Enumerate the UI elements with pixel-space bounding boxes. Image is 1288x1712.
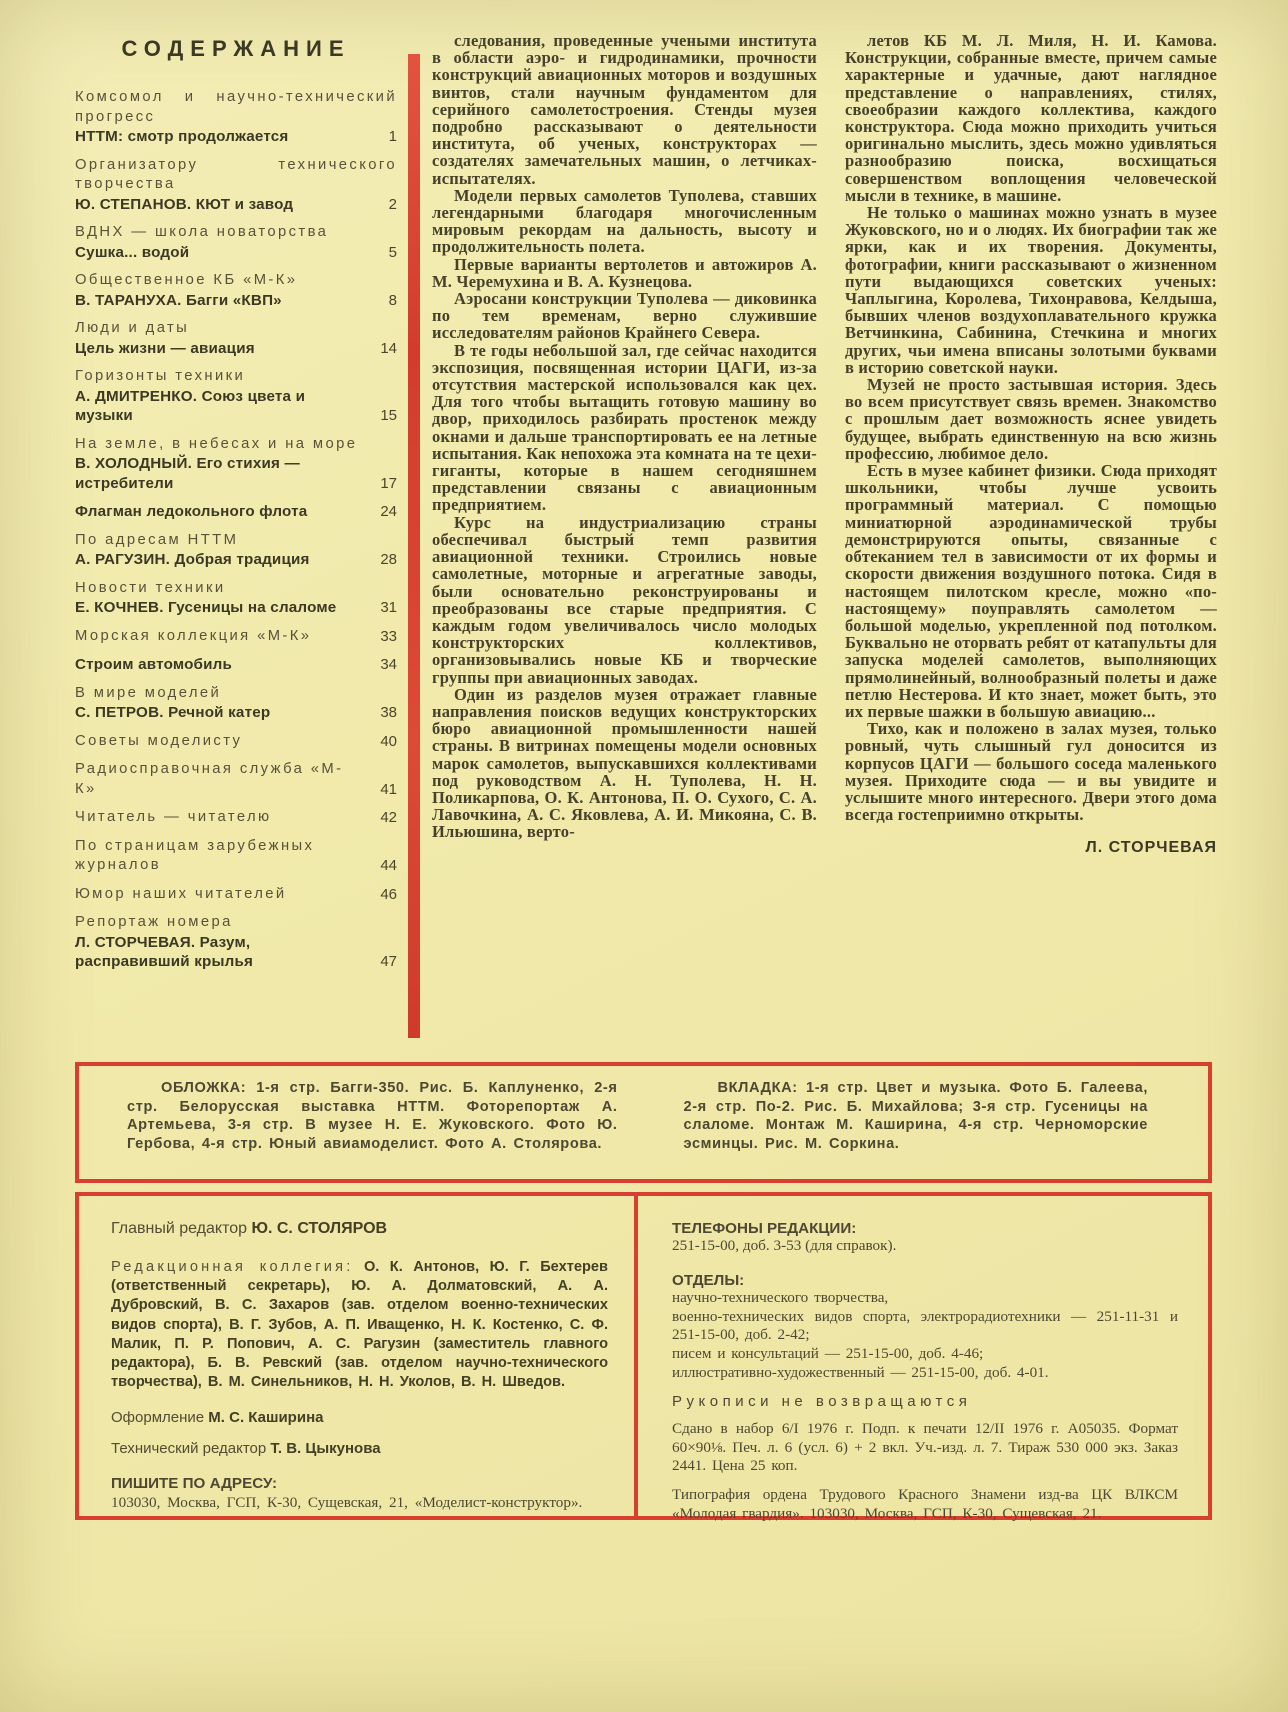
toc-item-title: В. ТАРАНУХА. Багги «КВП» [75,291,282,311]
toc-item-title: С. ПЕТРОВ. Речной катер [75,703,270,723]
toc-item-category: Организатору технического творчества [75,156,397,195]
toc-item: Флагман ледокольного флота 24 [75,502,397,522]
editorial-board: Редакционная коллегия: О. К. Антонов, Ю.… [111,1258,608,1392]
toc-item-line: Е. КОЧНЕВ. Гусеницы на слаломе 31 [75,598,397,618]
dot-leader [239,660,376,675]
editorial-left-cell: Главный редактор Ю. С. СТОЛЯРОВ Редакцио… [79,1196,638,1516]
toc-item-line: Читатель — читателю 42 [75,808,397,828]
design-credit-line: Оформление М. С. Каширина [111,1409,608,1426]
cover-label: ОБЛОЖКА: [161,1080,246,1096]
toc-item: Репортаж номера Л. СТОРЧЕВАЯ. Разум, рас… [75,913,397,972]
editorial-right-cell: ТЕЛЕФОНЫ РЕДАКЦИИ: 251-15-00, доб. 3-53 … [638,1196,1208,1516]
dot-leader [279,813,377,828]
write-address-heading: ПИШИТЕ ПО АДРЕСУ: [111,1475,608,1492]
toc-item: Люди и даты Цель жизни — авиация 14 [75,319,397,358]
phones-heading: ТЕЛЕФОНЫ РЕДАКЦИИ: [672,1220,1178,1237]
editorial-board-label: Редакционная коллегия: [111,1259,353,1275]
dot-leader [343,603,376,618]
editorial-box: Главный редактор Ю. С. СТОЛЯРОВ Редакцио… [75,1192,1212,1520]
toc-item: Радиосправочная служба «М-К» 41 [75,760,397,799]
chief-editor-name: Ю. С. СТОЛЯРОВ [251,1220,387,1237]
article-paragraph: летов КБ М. Л. Миля, Н. И. Камова. Конст… [845,32,1217,204]
tech-editor-name: Т. В. Цыкунова [270,1440,380,1457]
dot-leader [354,478,376,493]
tech-editor-line: Технический редактор Т. В. Цыкунова [111,1440,608,1457]
toc-item-line: Л. СТОРЧЕВАЯ. Разум, расправивший крылья… [75,933,397,972]
toc-item: Морская коллекция «М-К» 33 [75,627,397,647]
chief-editor-line: Главный редактор Ю. С. СТОЛЯРОВ [111,1220,608,1238]
print-info: Сдано в набор 6/I 1976 г. Подп. к печати… [672,1420,1178,1476]
tech-editor-label: Технический редактор [111,1440,266,1457]
toc-item-page-number: 15 [380,406,397,426]
editorial-board-names: О. К. Антонов, Ю. Г. Бехтерев (ответстве… [111,1259,608,1390]
toc-item-title: Цель жизни — авиация [75,339,255,359]
toc-item-page-number: 28 [380,550,397,570]
insert-note: ВКЛАДКА: 1-я стр. Цвет и музыка. Фото Б.… [644,1066,1209,1179]
dot-leader [277,708,376,723]
phones-line: 251-15-00, доб. 3-53 (для справок). [672,1237,1178,1256]
table-of-contents: СОДЕРЖАНИЕ Комсомол и научно-технический… [75,36,397,981]
dot-leader [314,507,376,522]
dot-leader [354,411,376,426]
design-label: Оформление [111,1409,204,1426]
printer-info: Типография ордена Трудового Красного Зна… [672,1486,1178,1524]
article-paragraph: Курс на индустриализацию страны обеспечи… [432,514,817,686]
dot-leader [294,889,377,904]
toc-item-page-number: 44 [380,856,397,876]
toc-item-title: НТТМ: смотр продолжается [75,127,288,147]
toc-item-line: А. ДМИТРЕНКО. Союз цвета и музыки 15 [75,387,397,426]
toc-item-page-number: 24 [380,502,397,522]
dot-leader [354,861,376,876]
toc-item-category: По адресам НТТМ [75,531,397,551]
design-name: М. С. Каширина [208,1409,323,1426]
toc-item-line: Флагман ледокольного флота 24 [75,502,397,522]
toc-item-page-number: 17 [380,474,397,494]
toc-item-line: По страницам зарубежных журналов 44 [75,837,397,876]
toc-item-line: Цель жизни — авиация 14 [75,339,397,359]
article-paragraph: Один из разделов музея отражает главные … [432,686,817,841]
toc-item-page-number: 47 [380,952,397,972]
toc-heading: СОДЕРЖАНИЕ [75,36,397,62]
toc-item-title: А. РАГУЗИН. Добрая традиция [75,550,310,570]
article-paragraph: Есть в музее кабинет физики. Сюда приход… [845,462,1217,720]
toc-item-line: Ю. СТЕПАНОВ. КЮТ и завод 2 [75,195,397,215]
toc-item-line: Сушка... водой 5 [75,243,397,263]
toc-item-title: Морская коллекция «М-К» [75,627,311,647]
dot-leader [317,555,377,570]
toc-item-title: Радиосправочная служба «М-К» [75,760,347,799]
department-line: иллюстративно-художественный — 251-15-00… [672,1364,1178,1383]
toc-item-page-number: 38 [380,703,397,723]
toc-item: По адресам НТТМ А. РАГУЗИН. Добрая тради… [75,531,397,570]
magazine-page: СОДЕРЖАНИЕ Комсомол и научно-технический… [0,0,1288,1712]
toc-item-page-number: 46 [380,885,397,905]
red-column-divider [408,54,420,1038]
dot-leader [249,736,376,751]
toc-item-title: В. ХОЛОДНЫЙ. Его стихия — истребители [75,454,347,493]
article-paragraph: Модели первых самолетов Туполева, ставши… [432,187,817,256]
toc-item: Советы моделисту 40 [75,732,397,752]
toc-item-page-number: 2 [389,195,397,215]
article-paragraph: В те годы небольшой зал, где сейчас нахо… [432,342,817,514]
toc-item-category: ВДНХ — школа новаторства [75,223,397,243]
dot-leader [300,199,384,214]
toc-item-category: Комсомол и научно-технический прогресс [75,88,397,127]
toc-item-title: Л. СТОРЧЕВАЯ. Разум, расправивший крылья [75,933,347,972]
toc-item-page-number: 14 [380,339,397,359]
chief-editor-label: Главный редактор [111,1220,247,1237]
toc-item-category: В мире моделей [75,684,397,704]
department-line: военно-технических видов спорта, электро… [672,1308,1178,1346]
toc-item-title: Читатель — читателю [75,808,272,828]
cover-credits-box: ОБЛОЖКА: 1-я стр. Багги-350. Рис. Б. Кап… [75,1062,1212,1183]
toc-items: Комсомол и научно-технический прогресс Н… [75,88,397,972]
cover-note: ОБЛОЖКА: 1-я стр. Багги-350. Рис. Б. Кап… [79,1066,644,1179]
toc-item: По страницам зарубежных журналов 44 [75,837,397,876]
toc-item: Общественное КБ «М-К» В. ТАРАНУХА. Багги… [75,271,397,310]
toc-item-page-number: 8 [389,291,397,311]
dot-leader [354,784,376,799]
departments-list: научно-технического творчества, военно-т… [672,1289,1178,1383]
dot-leader [262,343,376,358]
insert-label: ВКЛАДКА: [718,1080,798,1096]
toc-item-line: Юмор наших читателей 46 [75,885,397,905]
toc-item-category: Горизонты техники [75,367,397,387]
article-paragraph: следования, проведенные учеными институт… [432,32,817,187]
dot-leader [289,295,385,310]
toc-item-title: Ю. СТЕПАНОВ. КЮТ и завод [75,195,293,215]
insert-note-text: ВКЛАДКА: 1-я стр. Цвет и музыка. Фото Б.… [684,1079,1149,1153]
toc-item-title: Флагман ледокольного флота [75,502,307,522]
toc-item: Комсомол и научно-технический прогресс Н… [75,88,397,147]
toc-item-line: А. РАГУЗИН. Добрая традиция 28 [75,550,397,570]
toc-item-title: Сушка... водой [75,243,189,263]
cover-note-text: ОБЛОЖКА: 1-я стр. Багги-350. Рис. Б. Кап… [127,1079,618,1153]
toc-item: В мире моделей С. ПЕТРОВ. Речной катер 3… [75,684,397,723]
toc-item-page-number: 40 [380,732,397,752]
toc-item: ВДНХ — школа новаторства Сушка... водой … [75,223,397,262]
department-line: научно-технического творчества, [672,1289,1178,1308]
toc-item-category: Люди и даты [75,319,397,339]
toc-item-line: В. ХОЛОДНЫЙ. Его стихия — истребители 17 [75,454,397,493]
toc-item: Строим автомобиль 34 [75,655,397,675]
toc-item-page-number: 31 [380,598,397,618]
article-paragraph: Тихо, как и положено в залах музея, толь… [845,720,1217,823]
toc-item-page-number: 5 [389,243,397,263]
toc-item-title: Е. КОЧНЕВ. Гусеницы на слаломе [75,598,336,618]
toc-item-title: А. ДМИТРЕНКО. Союз цвета и музыки [75,387,347,426]
toc-item-page-number: 34 [380,655,397,675]
departments-heading: ОТДЕЛЫ: [672,1272,1178,1289]
toc-item: Новости техники Е. КОЧНЕВ. Гусеницы на с… [75,579,397,618]
article-paragraph: Музей не просто застывшая история. Здесь… [845,376,1217,462]
toc-item: Читатель — читателю 42 [75,808,397,828]
toc-item-line: В. ТАРАНУХА. Багги «КВП» 8 [75,291,397,311]
toc-item-title: Советы моделисту [75,732,242,752]
article-paragraph: Аэросани конструкции Туполева — диковинк… [432,290,817,342]
toc-item-title: По страницам зарубежных журналов [75,837,347,876]
write-address: 103030, Москва, ГСП, К-30, Сущевская, 21… [111,1494,608,1513]
toc-item: Горизонты техники А. ДМИТРЕНКО. Союз цве… [75,367,397,426]
article-paragraph: Не только о машинах можно узнать в музее… [845,204,1217,376]
toc-item-category: Общественное КБ «М-К» [75,271,397,291]
dot-leader [196,247,384,262]
toc-item-category: На земле, в небесах и на море [75,435,397,455]
toc-item-line: С. ПЕТРОВ. Речной катер 38 [75,703,397,723]
author-signature: Л. СТОРЧЕВАЯ [845,839,1217,856]
toc-item-line: Строим автомобиль 34 [75,655,397,675]
manuscripts-note: Рукописи не возвращаются [672,1393,1178,1410]
toc-item-category: Новости техники [75,579,397,599]
toc-item-line: Радиосправочная служба «М-К» 41 [75,760,397,799]
department-line: писем и консультаций — 251-15-00, доб. 4… [672,1345,1178,1364]
article-column-left: следования, проведенные учеными институт… [432,32,817,841]
toc-item-page-number: 41 [380,780,397,800]
toc-item: Организатору технического творчества Ю. … [75,156,397,215]
article-paragraph: Первые варианты вертолетов и автожиров А… [432,256,817,290]
toc-item-line: Советы моделисту 40 [75,732,397,752]
toc-item-line: Морская коллекция «М-К» 33 [75,627,397,647]
toc-item-title: Строим автомобиль [75,655,232,675]
dot-leader [295,132,384,147]
toc-item-line: НТТМ: смотр продолжается 1 [75,127,397,147]
toc-item-page-number: 42 [380,808,397,828]
article-column-right: летов КБ М. Л. Миля, Н. И. Камова. Конст… [845,32,1217,857]
toc-item-title: Юмор наших читателей [75,885,287,905]
dot-leader [354,957,376,972]
toc-item-category: Репортаж номера [75,913,397,933]
toc-item-page-number: 1 [389,127,397,147]
toc-item: На земле, в небесах и на море В. ХОЛОДНЫ… [75,435,397,494]
toc-item: Юмор наших читателей 46 [75,885,397,905]
article-column-right-text: летов КБ М. Л. Миля, Н. И. Камова. Конст… [845,32,1217,823]
dot-leader [318,631,376,646]
toc-item-page-number: 33 [380,627,397,647]
